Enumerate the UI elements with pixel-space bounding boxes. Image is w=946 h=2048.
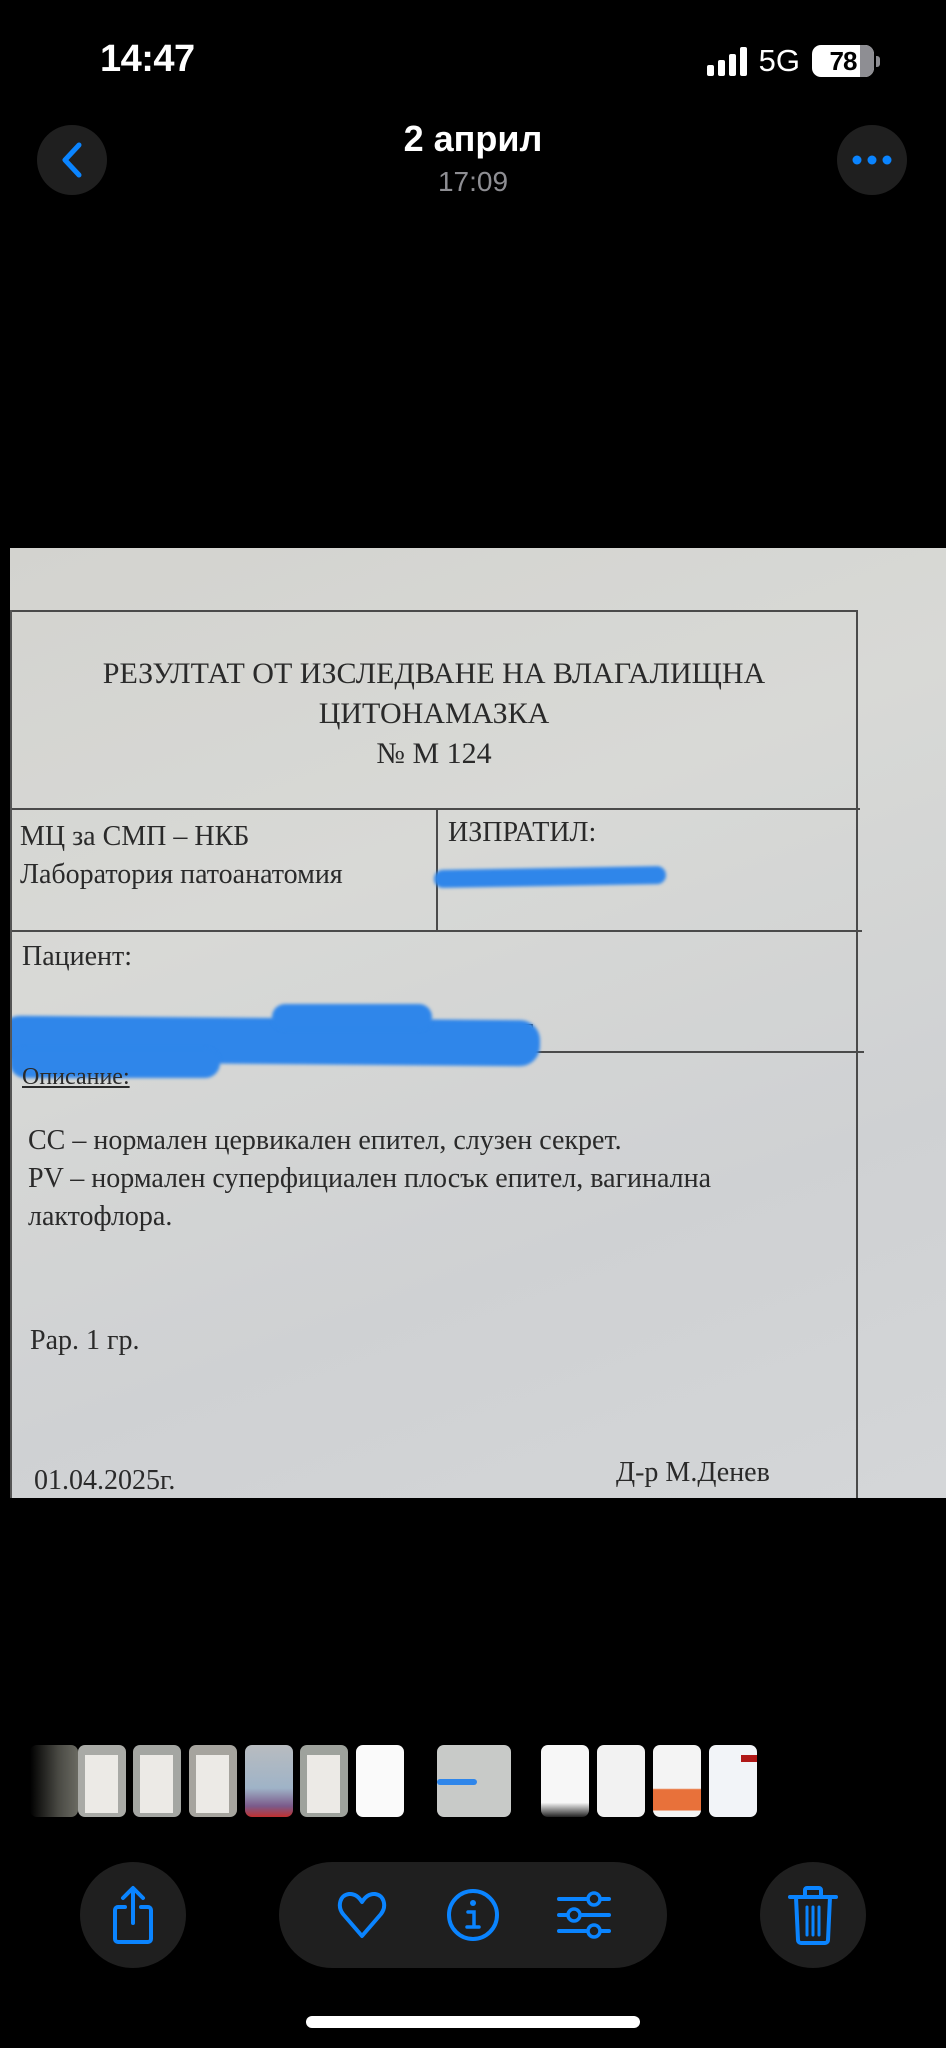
doctor-name: Д-р М.Денев [616, 1454, 770, 1492]
thumbnail[interactable] [653, 1745, 701, 1817]
photo-viewer[interactable]: РЕЗУЛТАТ ОТ ИЗСЛЕДВАНЕ НА ВЛАГАЛИЩНА ЦИТ… [10, 548, 946, 1498]
home-indicator[interactable] [306, 2016, 640, 2028]
edit-adjust-button[interactable] [554, 1885, 614, 1945]
status-indicators: 5G 78 [707, 44, 880, 78]
photo-date-title: 2 април [0, 118, 946, 160]
battery-icon: 78 [812, 45, 874, 77]
document-number: № М 124 [10, 734, 858, 774]
institution-name: МЦ за СМП – НКБ [20, 818, 249, 856]
status-time: 14:47 [100, 38, 195, 81]
thumbnail[interactable] [245, 1745, 293, 1817]
redaction-mark [272, 1004, 432, 1030]
trash-icon [787, 1885, 839, 1945]
battery-cap [876, 56, 880, 67]
pap-result: Рap. 1 гр. [30, 1322, 139, 1360]
thumbnail[interactable] [300, 1745, 348, 1817]
thumbnail[interactable] [78, 1745, 126, 1817]
thumbnail[interactable] [541, 1745, 589, 1817]
thumbnail[interactable] [597, 1745, 645, 1817]
favorite-button[interactable] [332, 1885, 392, 1945]
thumbnail-selected[interactable] [437, 1745, 511, 1817]
delete-button[interactable] [760, 1862, 866, 1968]
toolbar-group [279, 1862, 667, 1968]
photo-time-subtitle: 17:09 [0, 166, 946, 198]
description-line-pv: PV – нормален суперфициален плосък епите… [28, 1160, 711, 1198]
description-label: Описание: [22, 1058, 130, 1096]
share-button[interactable] [80, 1862, 186, 1968]
signal-icon [707, 46, 747, 76]
divider [10, 930, 862, 932]
patient-label: Пациент: [22, 938, 132, 976]
divider [10, 610, 12, 1498]
thumbnail-strip[interactable] [0, 1745, 946, 1817]
share-icon [108, 1885, 158, 1945]
info-button[interactable] [443, 1885, 503, 1945]
document-title-line1: РЕЗУЛТАТ ОТ ИЗСЛЕДВАНЕ НА ВЛАГАЛИЩНА [10, 654, 858, 694]
thumbnail[interactable] [30, 1745, 78, 1817]
sliders-icon [556, 1891, 612, 1939]
thumbnail[interactable] [133, 1745, 181, 1817]
ellipsis-icon [852, 155, 892, 165]
info-icon [446, 1888, 500, 1942]
sender-label: ИЗПРАТИЛ: [448, 814, 596, 852]
report-date: 01.04.2025г. [34, 1462, 175, 1498]
thumbnail[interactable] [356, 1745, 404, 1817]
thumbnail[interactable] [709, 1745, 757, 1817]
document-title-line2: ЦИТОНАМАЗКА [10, 694, 858, 734]
heart-icon [336, 1890, 388, 1940]
lab-name: Лаборатория патоанатомия [20, 856, 343, 894]
thumbnail[interactable] [189, 1745, 237, 1817]
description-line-cc: CC – нормален цервикален епител, слузен … [28, 1122, 622, 1160]
battery-level: 78 [830, 46, 857, 77]
network-type: 5G [759, 43, 800, 79]
description-line-cont: лактофлора. [28, 1198, 172, 1236]
more-button[interactable] [837, 125, 907, 195]
divider [10, 610, 858, 612]
divider [10, 808, 860, 810]
